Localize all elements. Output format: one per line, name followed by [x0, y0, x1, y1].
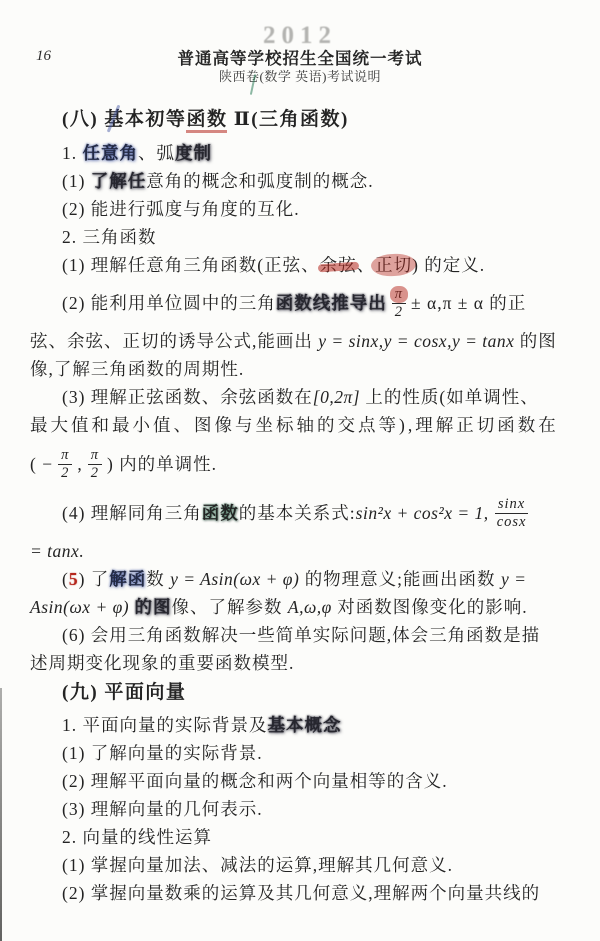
red-oval-mark: 正切	[375, 255, 412, 275]
scanned-page: 2012 16 普通高等学校招生全国统一考试 陕西卷(数学 英语)考试说明 (八…	[0, 0, 600, 941]
heading-text: Ⅱ(三角函数)	[227, 109, 348, 130]
paragraph: (1) 了解向量的实际背景.	[30, 739, 572, 767]
math-expression: sin²x + cos²x = 1,	[356, 499, 489, 527]
ink-smudge: 了解任	[91, 171, 147, 191]
paragraph: (2) 理解平面向量的概念和两个向量相等的含义.	[30, 767, 572, 795]
fraction: π2	[88, 447, 102, 481]
fraction-denominator: 2	[58, 465, 72, 482]
item-number: 1.	[62, 143, 83, 163]
math-expression: A,ω,φ	[288, 597, 332, 617]
ink-smudge: 基本概念	[268, 715, 342, 735]
paragraph-text: 的图	[514, 331, 556, 351]
item-text: 、弧	[138, 143, 175, 163]
blue-ink-smudge: 任意角	[83, 143, 139, 163]
math-expression: Asin(ωx + φ)	[30, 597, 129, 617]
paragraph-continuation: Asin(ωx + φ) 的图像、了解参数 A,ω,φ 对函数图像变化的影响.	[30, 593, 572, 621]
red-scribble-mark: 余弦	[320, 255, 357, 275]
fraction-numerator: sinx	[495, 496, 528, 514]
paragraph-text: (1)	[62, 171, 91, 191]
paragraph-text: ,	[77, 450, 82, 478]
paragraph: (3) 理解正弦函数、余弦函数在[0,2π] 上的性质(如单调性、	[30, 383, 572, 411]
paragraph-text: ± α,π ± α 的正	[411, 289, 526, 317]
paragraph: (1) 了解任意角的概念和弧度制的概念.	[30, 167, 572, 195]
paragraph-continuation: = tanx.	[30, 537, 572, 565]
paragraph-continuation: 述周期变化现象的重要函数模型.	[30, 649, 572, 677]
paragraph-continuation: 最大值和最小值、图像与坐标轴的交点等),理解正切函数在	[30, 411, 572, 439]
green-ink-smudge: 函数	[202, 499, 239, 527]
paragraph-text: 弦、余弦、正切的诱导公式,能画出	[30, 331, 318, 351]
fraction-denominator: 2	[88, 465, 102, 482]
blue-pen-mark: 基	[104, 109, 125, 130]
paragraph: (3) 理解向量的几何表示.	[30, 795, 572, 823]
paragraph-text: 的基本关系式:	[239, 499, 356, 527]
paragraph-text: 对函数图像变化的影响.	[332, 597, 528, 617]
document-body: (八) 基本初等函数 Ⅱ(三角函数) 1. 任意角、弧度制 (1) 了解任意角的…	[30, 103, 572, 907]
math-expression: y =	[501, 569, 526, 589]
paragraph: (2) 掌握向量数乘的运算及其几何意义,理解两个向量共线的	[30, 879, 572, 907]
fraction-denominator: cosx	[494, 514, 530, 531]
paragraph-text: (2) 能利用单位圆中的三角	[62, 289, 276, 317]
item-text: 1. 平面向量的实际背景及	[62, 715, 268, 735]
section-8-heading: (八) 基本初等函数 Ⅱ(三角函数)	[30, 103, 572, 139]
ink-smudge: 的图	[129, 597, 171, 617]
paragraph-text: (	[62, 569, 69, 589]
fraction-numerator: π	[88, 447, 102, 465]
ink-smudge: 函数线推导出	[276, 289, 387, 317]
fraction-numerator-red-mark: π	[392, 286, 406, 304]
green-pen-mark: 卷	[246, 69, 260, 84]
red-marked-number: 5	[69, 569, 79, 589]
math-expression: [0,2π]	[313, 387, 360, 407]
math-expression: y = Asin(ωx + φ)	[170, 569, 299, 589]
paragraph-text: 上的性质(如单调性、	[360, 387, 539, 407]
fraction-numerator: π	[58, 447, 72, 465]
paragraph: (2) 能进行弧度与角度的互化.	[30, 195, 572, 223]
paragraph-text: ) 了	[79, 569, 110, 589]
paragraph-text: 数	[146, 569, 170, 589]
paragraph-text: ( −	[30, 450, 53, 478]
list-item-1: 1. 平面向量的实际背景及基本概念	[30, 711, 572, 739]
fraction: π2	[58, 447, 72, 481]
paragraph-text: (1) 理解任意角三角函数(正弦、	[62, 255, 320, 275]
heading-text: 本初等	[125, 109, 187, 130]
exam-subtitle: 陕西卷(数学 英语)考试说明	[0, 66, 600, 85]
fraction: sinxcosx	[494, 496, 530, 530]
subtitle-text: 陕西	[219, 69, 246, 84]
paragraph: (6) 会用三角函数解决一些简单实际问题,体会三角函数是描	[30, 621, 572, 649]
paragraph-text: (4) 理解同角三角	[62, 499, 202, 527]
section-9-heading: (九) 平面向量	[30, 677, 572, 711]
paragraph-with-fraction: (2) 能利用单位圆中的三角函数线推导出π2± α,π ± α 的正	[30, 279, 572, 327]
list-item-2: 2. 向量的线性运算	[30, 823, 572, 851]
paragraph-text: 像、了解参数	[172, 597, 288, 617]
paragraph-with-fraction: (4) 理解同角三角函数的基本关系式:sin²x + cos²x = 1,sin…	[30, 489, 572, 537]
paragraph-continuation: 像,了解三角函数的周期性.	[30, 355, 572, 383]
paragraph-text: ) 的定义.	[412, 255, 485, 275]
paragraph-text: ) 内的单调性.	[107, 450, 217, 478]
paragraph-text: 意角的概念和弧度制的概念.	[146, 171, 373, 191]
red-underline-mark: 函数	[186, 109, 227, 133]
paragraph-text: 的物理意义;能画出函数	[299, 569, 501, 589]
ink-smudge: 度制	[175, 143, 212, 163]
list-item-1: 1. 任意角、弧度制	[30, 139, 572, 167]
scan-edge-artifact	[0, 688, 2, 941]
fraction: π2	[392, 286, 406, 320]
fraction-denominator: 2	[392, 304, 406, 321]
subtitle-text: (数学 英语)考试说明	[260, 69, 381, 84]
paragraph: (5) 了解函数 y = Asin(ωx + φ) 的物理意义;能画出函数 y …	[30, 565, 572, 593]
blue-ink-smudge: 解函	[109, 569, 146, 589]
list-item-2: 2. 三角函数	[30, 223, 572, 251]
math-expression: y = sinx,y = cosx,y = tanx	[318, 331, 514, 351]
paragraph-text: (3) 理解正弦函数、余弦函数在	[62, 387, 313, 407]
paragraph: (1) 理解任意角三角函数(正弦、余弦、正切) 的定义.	[30, 251, 572, 279]
heading-text: (八)	[62, 109, 104, 130]
paragraph-with-fraction: ( −π2,π2) 内的单调性.	[30, 439, 572, 489]
paragraph: (1) 掌握向量加法、减法的运算,理解其几何意义.	[30, 851, 572, 879]
paragraph-continuation: 弦、余弦、正切的诱导公式,能画出 y = sinx,y = cosx,y = t…	[30, 327, 572, 355]
